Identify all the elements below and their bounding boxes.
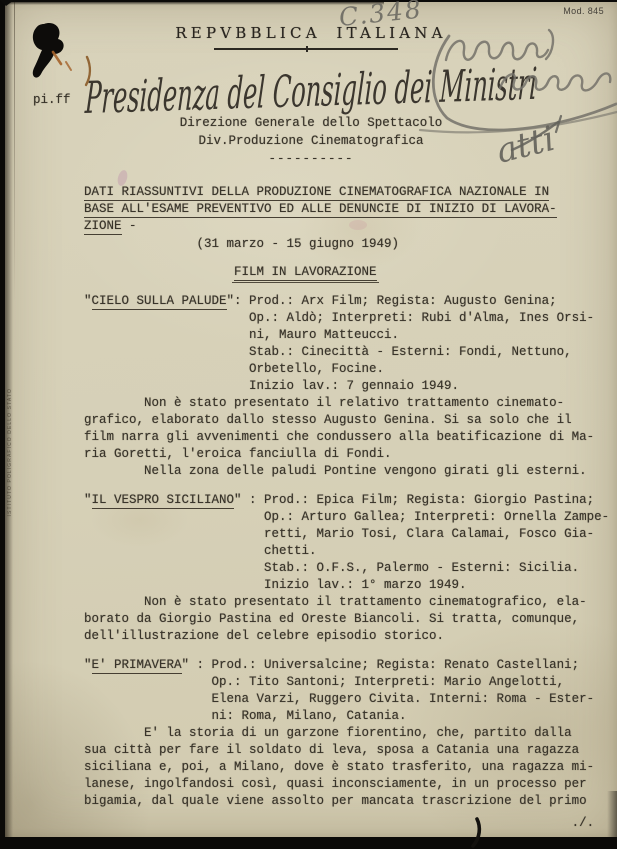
film-detail-line: chetti. (84, 543, 608, 560)
form-model-number: Mod. 845 (563, 6, 604, 16)
doc-title-line: BASE ALL'ESAME PREVENTIVO ED ALLE DENUNC… (84, 201, 608, 218)
paragraph-line: ria Goretti, l'eroica fanciulla di Fondi… (84, 446, 608, 463)
paragraph-line: film narra gli avvenimenti che condusser… (84, 429, 608, 446)
section-heading: FILM IN LAVORAZIONE (84, 264, 608, 281)
typist-initials: pi.ff (33, 92, 71, 109)
doc-title-line: ZIONE - (84, 218, 608, 235)
film-detail-line: retti, Mario Tosi, Clara Calamai, Fosco … (84, 526, 608, 543)
paper-sheet: Mod. 845 REPVBBLICA ITALIANA Presidenza … (5, 2, 617, 837)
film-detail-line: Stab.: Cinecittà - Esterni: Fondi, Nettu… (84, 344, 608, 361)
paragraph-line: dell'illustrazione del celebre episodio … (84, 628, 608, 645)
film-entry: "CIELO SULLA PALUDE": Prod.: Arx Film; R… (84, 293, 608, 480)
film-paragraph: E' la storia di un garzone fiorentino, c… (84, 725, 608, 810)
scan-edge-corner (607, 791, 617, 837)
film-detail-line: Op.: Tito Santoni; Interpreti: Mario Ang… (84, 674, 608, 691)
film-entries: "CIELO SULLA PALUDE": Prod.: Arx Film; R… (84, 293, 608, 810)
paragraph-line: lanese, ingolfandosi così, quasi inconsc… (84, 776, 608, 793)
film-detail-line: ni, Mauro Matteucci. (84, 327, 608, 344)
continuation-mark: ./. (84, 815, 608, 832)
printer-imprint: ISTITUTO POLIGRAFICO DELLO STATO (7, 388, 13, 516)
film-detail-line: ni: Roma, Milano, Catania. (84, 708, 608, 725)
scan-edge-top (5, 2, 384, 5)
paragraph-line: E' la storia di un garzone fiorentino, c… (84, 725, 608, 742)
film-detail-line: Op.: Arturo Gallea; Interpreti: Ornella … (84, 509, 608, 526)
office-line-1: Direzione Generale dello Spettacolo (5, 115, 617, 132)
paragraph-line: grafico, elaborato dallo stesso Augusto … (84, 412, 608, 429)
paragraph-line: Nella zona delle paludi Pontine vengono … (84, 463, 608, 480)
film-detail-line: Inizio lav.: 7 gennaio 1949. (84, 378, 608, 395)
film-title-line: "E' PRIMAVERA" : Prod.: Universalcine; R… (84, 657, 608, 674)
separator-dashes: ---------- (5, 151, 617, 168)
scanned-document: { "header": { "model_number": "Mod. 845"… (0, 0, 617, 849)
film-title: E' PRIMAVERA (92, 658, 182, 674)
film-title: IL VESPRO SICILIANO (92, 493, 235, 509)
republic-heading: REPVBBLICA ITALIANA (5, 24, 617, 42)
paragraph-line: siciliana e, poi, a Milano, dove è stato… (84, 759, 608, 776)
office-line-2: Div.Produzione Cinematografica (5, 133, 617, 150)
film-paragraph: Nella zona delle paludi Pontine vengono … (84, 463, 608, 480)
paragraph-line: borato da Giorgio Pastina ed Oreste Bian… (84, 611, 608, 628)
report-date-range: (31 marzo - 15 giugno 1949) (84, 236, 608, 253)
film-paragraph: Non è stato presentato il relativo tratt… (84, 395, 608, 463)
film-title-line: "CIELO SULLA PALUDE": Prod.: Arx Film; R… (84, 293, 608, 310)
document-body: DATI RIASSUNTIVI DELLA PRODUZIONE CINEMA… (84, 184, 608, 832)
film-title-line: "IL VESPRO SICILIANO" : Prod.: Epica Fil… (84, 492, 608, 509)
film-entry: "E' PRIMAVERA" : Prod.: Universalcine; R… (84, 657, 608, 810)
film-entry: "IL VESPRO SICILIANO" : Prod.: Epica Fil… (84, 492, 608, 645)
paragraph-line: Non è stato presentato il relativo tratt… (84, 395, 608, 412)
film-title: CIELO SULLA PALUDE (92, 294, 227, 310)
film-detail-line: Op.: Aldò; Interpreti: Rubi d'Alma, Ines… (84, 310, 608, 327)
film-detail-line: Elena Varzi, Ruggero Civita. Interni: Ro… (84, 691, 608, 708)
film-detail-line: Inizio lav.: 1° marzo 1949. (84, 577, 608, 594)
paragraph-line: sua città per fare il soldato di leva, s… (84, 742, 608, 759)
doc-title-line: DATI RIASSUNTIVI DELLA PRODUZIONE CINEMA… (84, 184, 608, 201)
paragraph-line: Non è stato presentato il trattamento ci… (84, 594, 608, 611)
film-paragraph: Non è stato presentato il trattamento ci… (84, 594, 608, 645)
film-detail-line: Orbetello, Focine. (84, 361, 608, 378)
film-detail-line: Stab.: O.F.S., Palermo - Esterni: Sicili… (84, 560, 608, 577)
paragraph-line: bigamia, dal quale viene assolto per man… (84, 793, 608, 810)
ink-stain (349, 220, 367, 230)
